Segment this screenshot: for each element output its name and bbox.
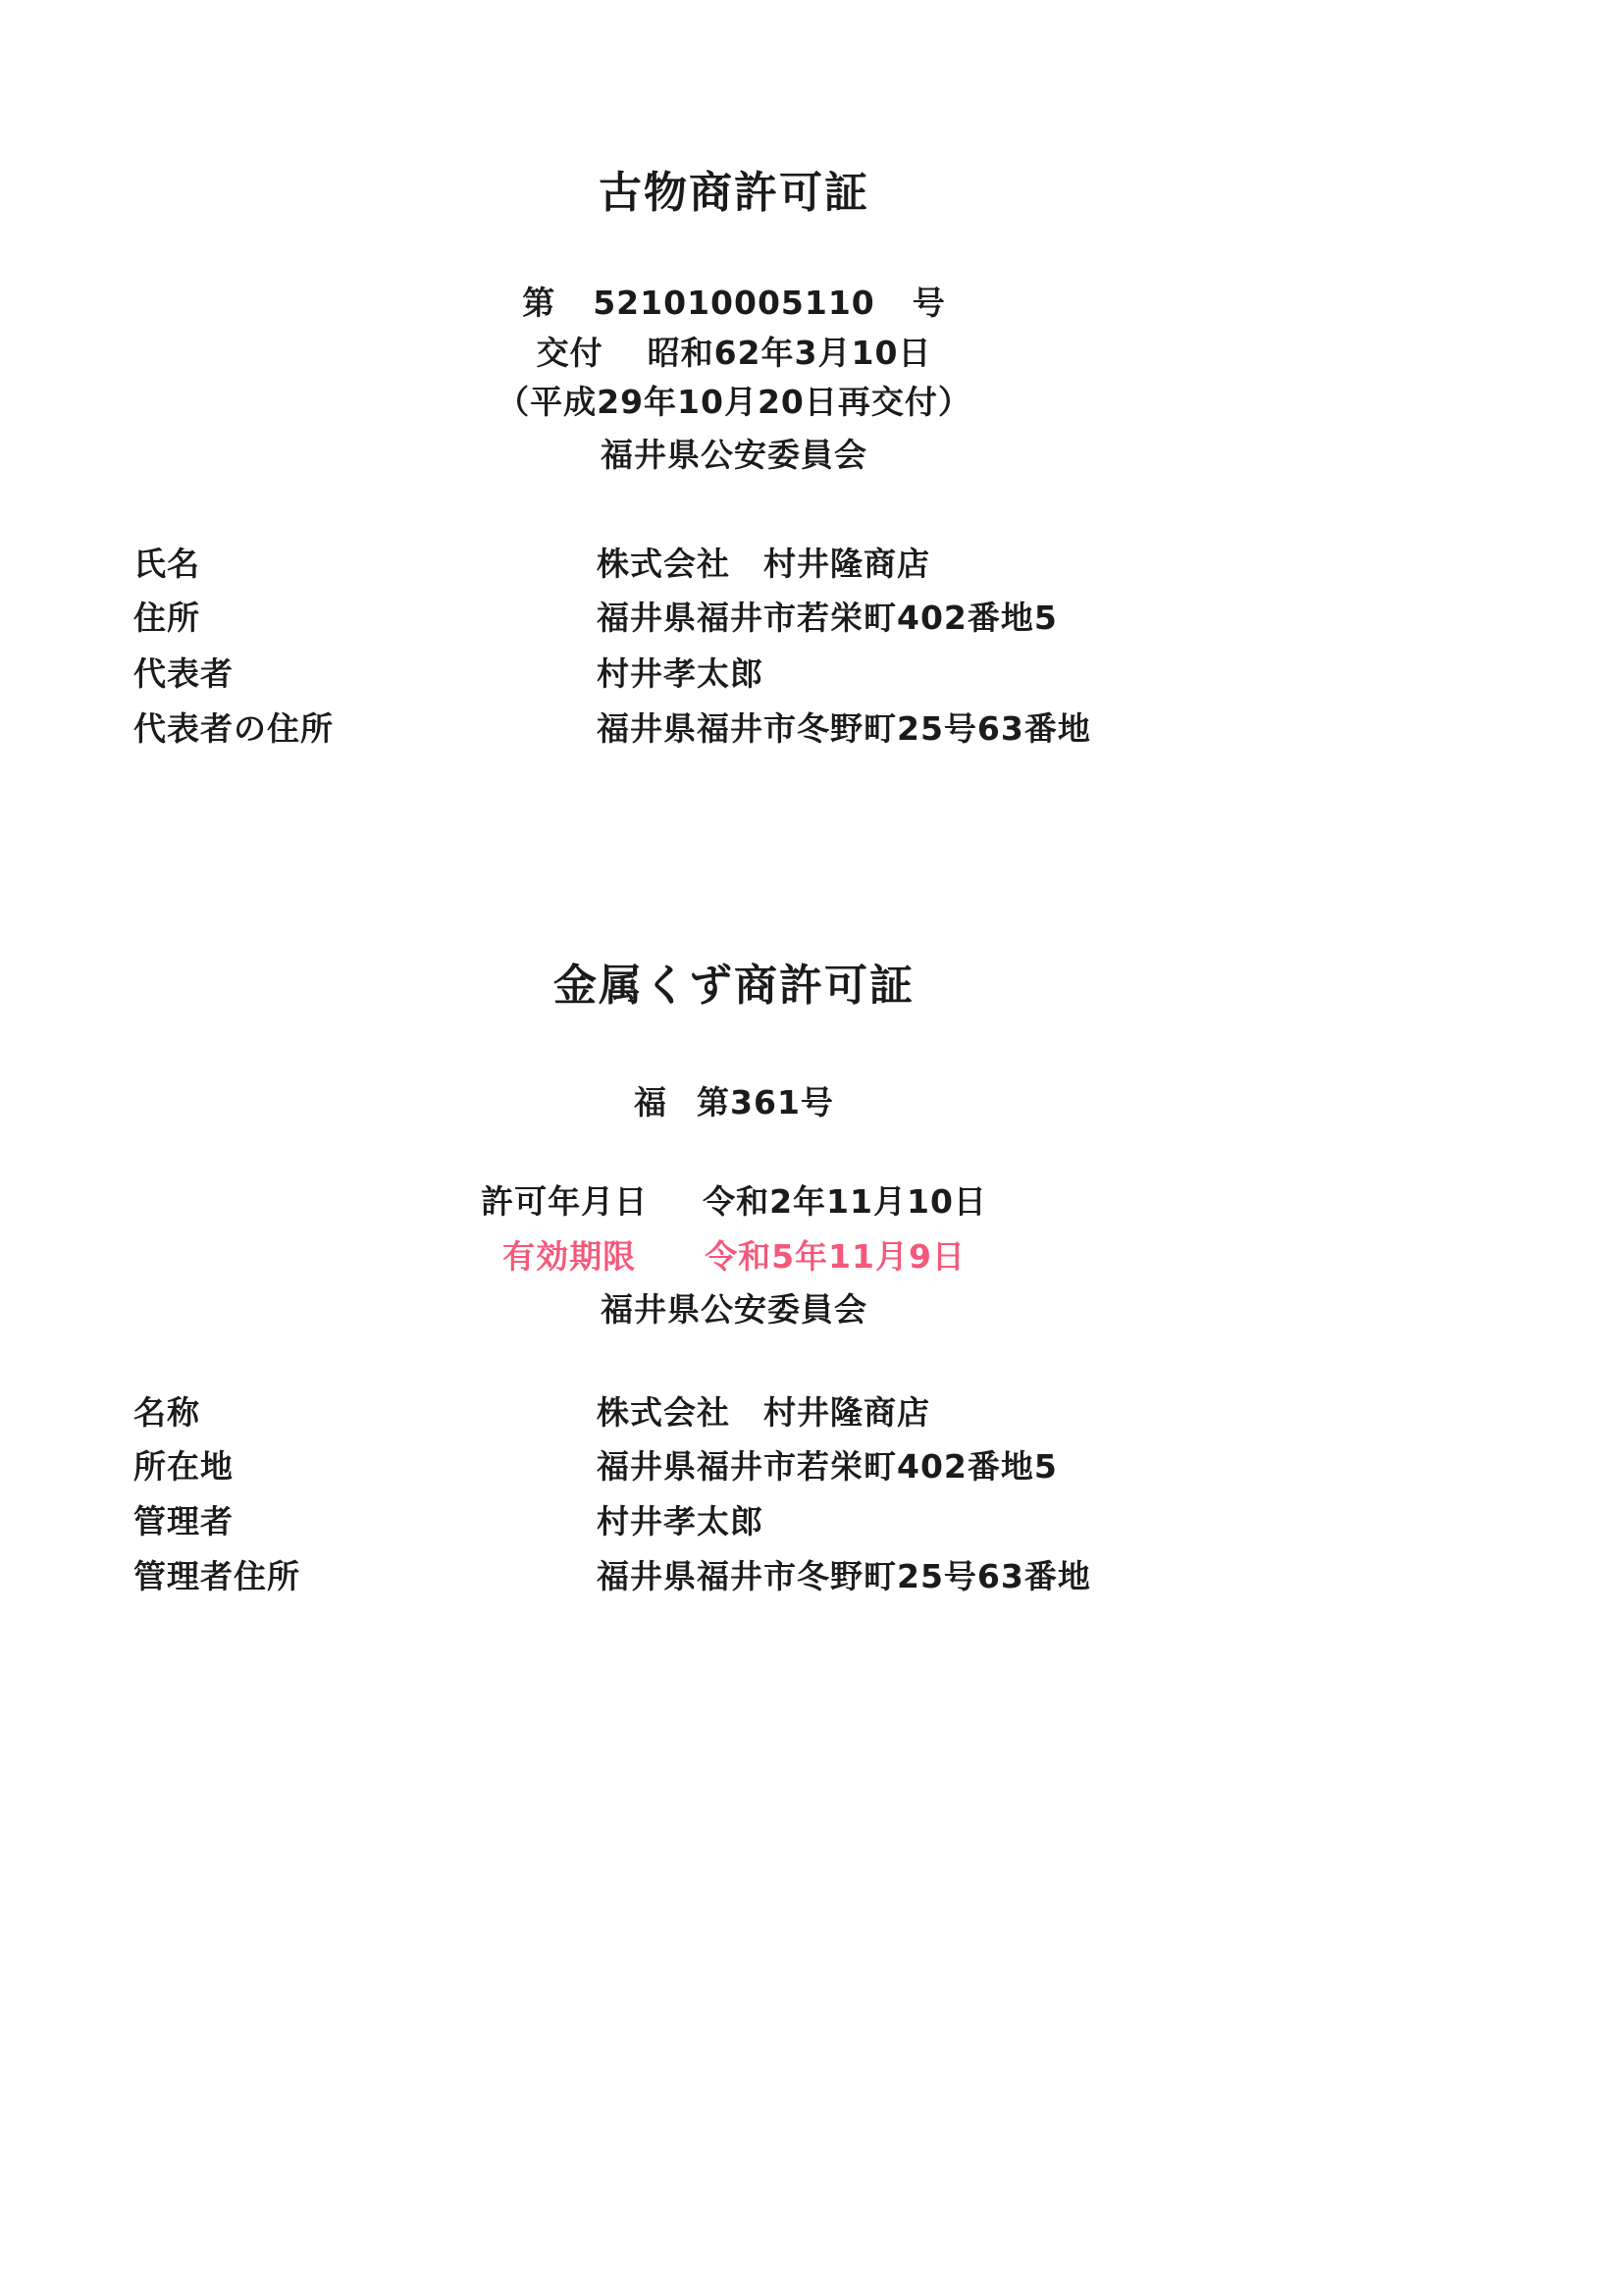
field-row-representative: 代表者 村井孝太郎 <box>0 655 1624 699</box>
field-value: 福井県福井市冬野町25号63番地 <box>597 710 1091 748</box>
kobutsu-license-number-line: 第 521010005110 号 <box>292 285 1176 322</box>
field-value: 株式会社 村井隆商店 <box>597 1394 930 1432</box>
field-row-name: 氏名 株式会社 村井隆商店 <box>0 546 1624 589</box>
number-prefix: 第 <box>522 285 555 322</box>
number-suffix: 号 <box>913 285 946 322</box>
number-value: 第361号 <box>697 1084 834 1122</box>
field-value: 村井孝太郎 <box>597 655 763 693</box>
scanned-document: 古物商許可証 第 521010005110 号 交付 昭和62年3月10日 （平… <box>0 0 1624 2296</box>
number-value: 521010005110 <box>593 285 875 322</box>
field-label: 代表者 <box>133 655 234 693</box>
issue-label: 交付 <box>537 335 603 372</box>
field-row-location: 所在地 福井県福井市若栄町402番地5 <box>0 1448 1624 1491</box>
issue-date: 昭和62年3月10日 <box>648 335 932 372</box>
number-prefix: 福 <box>634 1084 667 1122</box>
kobutsu-issue-line: 交付 昭和62年3月10日 <box>292 335 1176 372</box>
issue-label: 許可年月日 <box>481 1183 648 1221</box>
field-value: 福井県福井市若栄町402番地5 <box>597 600 1058 637</box>
permit-date-line: 許可年月日 令和2年11月10日 <box>292 1183 1176 1221</box>
field-value: 株式会社 村井隆商店 <box>597 546 930 583</box>
field-label: 名称 <box>133 1394 200 1432</box>
field-label: 代表者の住所 <box>133 710 334 748</box>
field-label: 氏名 <box>133 546 200 583</box>
field-row-representative-address: 代表者の住所 福井県福井市冬野町25号63番地 <box>0 710 1624 754</box>
kobutsu-reissue-note: （平成29年10月20日再交付） <box>292 384 1176 421</box>
field-row-manager: 管理者 村井孝太郎 <box>0 1503 1624 1546</box>
field-value: 福井県福井市冬野町25号63番地 <box>597 1558 1091 1595</box>
field-row-manager-address: 管理者住所 福井県福井市冬野町25号63番地 <box>0 1558 1624 1601</box>
expiry-line: 有効期限 令和5年11月9日 <box>292 1238 1176 1276</box>
field-value: 福井県福井市若栄町402番地5 <box>597 1448 1058 1486</box>
field-label: 住所 <box>133 600 200 637</box>
issue-date: 令和2年11月10日 <box>703 1183 987 1221</box>
field-label: 管理者 <box>133 1503 234 1540</box>
kobutsu-license-title: 古物商許可証 <box>292 169 1176 219</box>
kobutsu-authority: 福井県公安委員会 <box>292 437 1176 474</box>
field-row-business-name: 名称 株式会社 村井隆商店 <box>0 1394 1624 1437</box>
field-label: 管理者住所 <box>133 1558 300 1595</box>
field-label: 所在地 <box>133 1448 234 1486</box>
field-row-address: 住所 福井県福井市若栄町402番地5 <box>0 600 1624 643</box>
metal-scrap-license-number-line: 福 第361号 <box>292 1084 1176 1122</box>
metal-scrap-license-title: 金属くず商許可証 <box>292 962 1176 1012</box>
expiry-label: 有効期限 <box>502 1238 636 1276</box>
expiry-date: 令和5年11月9日 <box>705 1238 966 1276</box>
field-value: 村井孝太郎 <box>597 1503 763 1540</box>
metal-scrap-authority: 福井県公安委員会 <box>292 1291 1176 1329</box>
